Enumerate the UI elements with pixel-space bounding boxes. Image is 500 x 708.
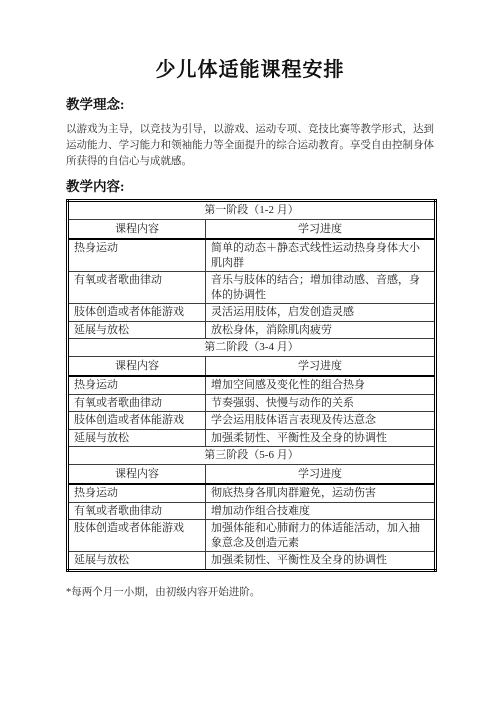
table-row: 热身运动 简单的动态＋静态式线性运动热身身体大小肌肉群 [68, 239, 436, 272]
stage-title-row: 第一阶段（1-2 月） [68, 201, 436, 220]
philosophy-paragraph: 以游戏为主导，以竞技为引导，以游戏、运动专项、竞技比赛等教学形式，达到运动能力、… [66, 122, 434, 170]
cell-course-item: 延展与放松 [68, 552, 206, 571]
column-header-course-content: 课程内容 [68, 219, 206, 239]
stage-3-title: 第三阶段（5-6 月） [68, 447, 436, 465]
section-heading-content: 教学内容: [66, 178, 434, 196]
cell-course-item: 延展与放松 [68, 321, 206, 339]
table-row: 延展与放松 加强柔韧性、平衡性及全身的协调性 [68, 552, 436, 571]
column-header-row: 课程内容 学习进度 [68, 464, 436, 484]
document-page: 少儿体适能课程安排 教学理念: 以游戏为主导，以竞技为引导，以游戏、运动专项、竞… [0, 0, 500, 708]
table-row: 延展与放松 放松身体，消除肌肉疲劳 [68, 321, 436, 339]
footnote: *每两个月一小期，由初级内容开始进阶。 [66, 585, 434, 600]
table-row: 有氧或者歌曲律动 增加动作组合技难度 [68, 502, 436, 520]
stage-title-row: 第二阶段（3-4 月） [68, 339, 436, 357]
cell-progress: 增加空间感及变化性的组合热身 [206, 376, 436, 394]
cell-progress: 灵活运用肢体，启发创造灵感 [206, 304, 436, 322]
column-header-row: 课程内容 学习进度 [68, 356, 436, 376]
cell-course-item: 肢体创造或者体能游戏 [68, 304, 206, 322]
table-row: 热身运动 彻底热身各肌肉群避免，运动伤害 [68, 484, 436, 502]
column-header-learning-progress: 学习进度 [206, 356, 436, 376]
stage-2-title: 第二阶段（3-4 月） [68, 339, 436, 357]
cell-progress: 简单的动态＋静态式线性运动热身身体大小肌肉群 [206, 239, 436, 272]
cell-progress: 放松身体，消除肌肉疲劳 [206, 321, 436, 339]
cell-progress: 加强柔韧性、平衡性及全身的协调性 [206, 429, 436, 447]
column-header-row: 课程内容 学习进度 [68, 219, 436, 239]
cell-progress: 音乐与肢体的结合；增加律动感、音感，身体的协调性 [206, 272, 436, 304]
column-header-course-content: 课程内容 [68, 356, 206, 376]
table-row: 肢体创造或者体能游戏 学会运用肢体语言表现及传达意念 [68, 412, 436, 430]
table-row: 有氧或者歌曲律动 节奏强弱、快慢与动作的关系 [68, 394, 436, 412]
table-row: 有氧或者歌曲律动 音乐与肢体的结合；增加律动感、音感，身体的协调性 [68, 272, 436, 304]
cell-course-item: 肢体创造或者体能游戏 [68, 520, 206, 552]
cell-course-item: 延展与放松 [68, 429, 206, 447]
section-heading-philosophy: 教学理念: [66, 96, 434, 114]
cell-progress: 加强体能和心肺耐力的体适能活动，加入抽象意念及创造元素 [206, 520, 436, 552]
column-header-learning-progress: 学习进度 [206, 464, 436, 484]
table-row: 延展与放松 加强柔韧性、平衡性及全身的协调性 [68, 429, 436, 447]
stage-title-row: 第三阶段（5-6 月） [68, 447, 436, 465]
cell-progress: 节奏强弱、快慢与动作的关系 [206, 394, 436, 412]
stage-1-title: 第一阶段（1-2 月） [68, 201, 436, 220]
cell-course-item: 热身运动 [68, 376, 206, 394]
page-title: 少儿体适能课程安排 [66, 56, 434, 84]
cell-course-item: 有氧或者歌曲律动 [68, 502, 206, 520]
column-header-learning-progress: 学习进度 [206, 219, 436, 239]
cell-progress: 学会运用肢体语言表现及传达意念 [206, 412, 436, 430]
table-row: 肢体创造或者体能游戏 加强体能和心肺耐力的体适能活动，加入抽象意念及创造元素 [68, 520, 436, 552]
cell-course-item: 有氧或者歌曲律动 [68, 394, 206, 412]
cell-progress: 彻底热身各肌肉群避免，运动伤害 [206, 484, 436, 502]
table-row: 肢体创造或者体能游戏 灵活运用肢体，启发创造灵感 [68, 304, 436, 322]
cell-progress: 加强柔韧性、平衡性及全身的协调性 [206, 552, 436, 571]
column-header-course-content: 课程内容 [68, 464, 206, 484]
cell-course-item: 肢体创造或者体能游戏 [68, 412, 206, 430]
course-table: 第一阶段（1-2 月） 课程内容 学习进度 热身运动 简单的动态＋静态式线性运动… [66, 199, 437, 572]
cell-course-item: 热身运动 [68, 239, 206, 272]
cell-course-item: 热身运动 [68, 484, 206, 502]
cell-progress: 增加动作组合技难度 [206, 502, 436, 520]
cell-course-item: 有氧或者歌曲律动 [68, 272, 206, 304]
table-row: 热身运动 增加空间感及变化性的组合热身 [68, 376, 436, 394]
